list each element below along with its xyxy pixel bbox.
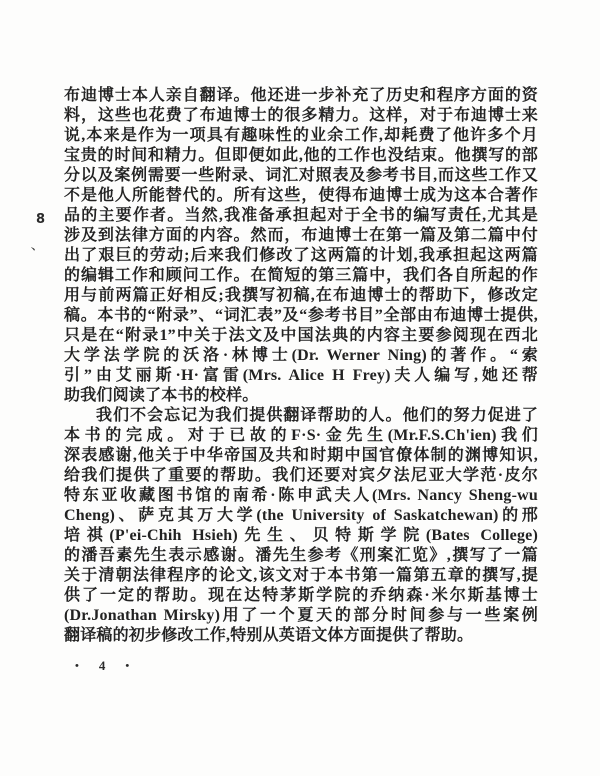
text-line: 只是在“附录1”中关于法文及中国法典的内容主要参阅现在西北 <box>64 326 538 346</box>
page-number-footer: •4• <box>66 658 140 674</box>
text-line: 培祺(P'ei-Chih Hsieh)先生、贝特斯学院(Bates Colleg… <box>64 526 538 546</box>
text-line: 供了一定的帮助。现在达特茅斯学院的乔纳森·米尔斯基博士 <box>64 586 538 606</box>
margin-page-number-note: 8 <box>36 212 45 227</box>
text-line: 特东亚收藏图书馆的南希·陈申武夫人(Mrs. Nancy Sheng-wu <box>64 486 538 506</box>
text-line: 给我们提供了重要的帮助。我们还要对宾夕法尼亚大学范·皮尔 <box>64 466 538 486</box>
text-line: 分以及案例需要一些附录、词汇对照表及参考书目,而这些工作又 <box>64 166 538 186</box>
text-line: 品的主要作者。当然,我准备承担起对于全书的编写责任,尤其是 <box>64 206 538 226</box>
text-line: 关于清朝法律程序的论文,该文对于本书第一篇第五章的撰写,提 <box>64 566 538 586</box>
text-line-paragraph-start: 我们不会忘记为我们提供翻译帮助的人。他们的努力促进了 <box>64 406 538 426</box>
scanned-book-page: 8 、 布迪博士本人亲自翻译。他还进一步补充了历史和程序方面的资 料，这些也花费… <box>0 0 600 776</box>
text-line: 不是他人所能替代的。所有这些，使得布迪博士成为这本合著作 <box>64 186 538 206</box>
text-line: 说,本来是作为一项具有趣味性的业余工作,却耗费了他许多个月 <box>64 126 538 146</box>
text-line: 的潘吾素先生表示感谢。潘先生参考《刑案汇览》,撰写了一篇 <box>64 546 538 566</box>
text-line: 引”由艾丽斯·H·富雷(Mrs. Alice H Frey)夫人编写,她还帮 <box>64 366 538 386</box>
footer-left-dot: • <box>75 660 81 672</box>
text-line: (Dr.Jonathan Mirsky)用了一个夏天的部分时间参与一些案例 <box>64 606 538 626</box>
footer-page-number: 4 <box>99 658 108 673</box>
text-line: 本书的完成。对于已故的F·S·金先生(Mr.F.S.Ch'ien)我们 <box>64 426 538 446</box>
text-line: 涉及到法律方面的内容。然而，布迪博士在第一篇及第二篇中付 <box>64 226 538 246</box>
text-line: 的编辑工作和顾问工作。在简短的第三篇中，我们各自所起的作 <box>64 266 538 286</box>
text-line: 料，这些也花费了布迪博士的很多精力。这样，对于布迪博士来 <box>64 106 538 126</box>
margin-pen-tick-mark: 、 <box>29 233 46 255</box>
text-line: Cheng)、萨克其万大学(the University of Saskatch… <box>64 506 538 526</box>
text-line: 稿。本书的“附录”、“词汇表”及“参考书目”全部由布迪博士提供, <box>64 306 538 326</box>
text-line: 深表感谢,他关于中华帝国及共和时期中国官僚体制的渊博知识, <box>64 446 538 466</box>
text-line: 出了艰巨的劳动;后来我们修改了这两篇的计划,我承担起这两篇 <box>64 246 538 266</box>
footer-right-dot: • <box>125 660 131 672</box>
text-line: 翻译稿的初步修改工作,特别从英语文体方面提供了帮助。 <box>64 626 538 646</box>
text-line: 用与前两篇正好相反;我撰写初稿,在布迪博士的帮助下，修改定 <box>64 286 538 306</box>
body-text-block: 布迪博士本人亲自翻译。他还进一步补充了历史和程序方面的资 料，这些也花费了布迪博… <box>64 86 538 646</box>
text-line: 助我们阅读了本书的校样。 <box>64 386 538 406</box>
text-line: 大学法学院的沃洛·林博士(Dr. Werner Ning)的著作。“索 <box>64 346 538 366</box>
text-line: 布迪博士本人亲自翻译。他还进一步补充了历史和程序方面的资 <box>64 86 538 106</box>
text-line: 宝贵的时间和精力。但即便如此,他的工作也没结束。他撰写的部 <box>64 146 538 166</box>
